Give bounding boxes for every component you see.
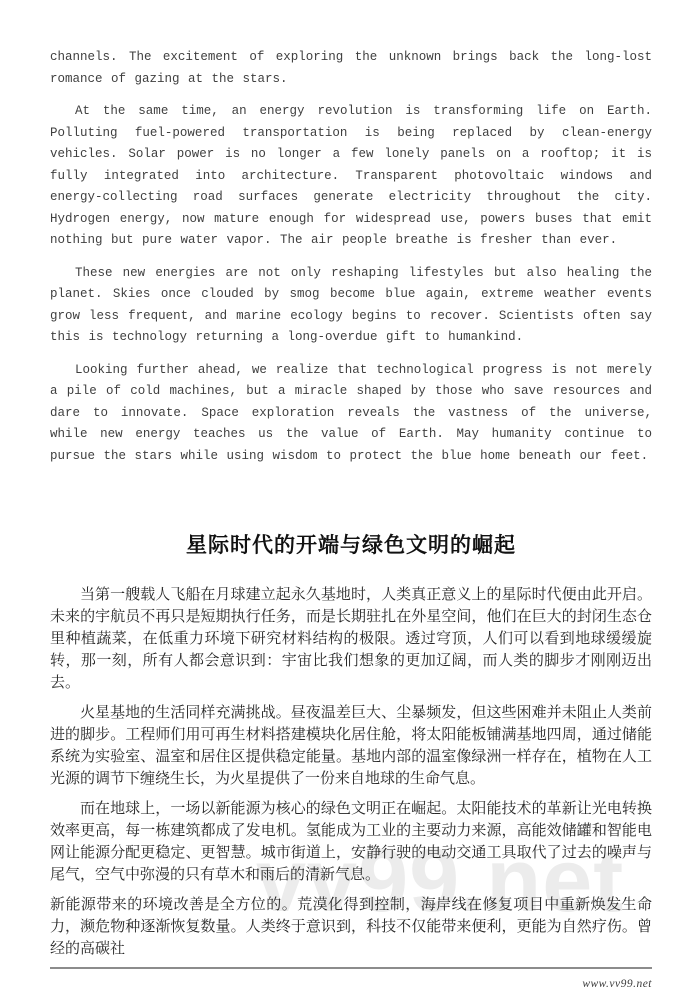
chinese-section: 当第一艘载人飞船在月球建立起永久基地时，人类真正意义上的星际时代便由此开启。未来… (50, 583, 652, 959)
article-title: 星际时代的开端与绿色文明的崛起 (50, 531, 652, 561)
chinese-paragraph: 当第一艘载人飞船在月球建立起永久基地时，人类真正意义上的星际时代便由此开启。未来… (50, 583, 652, 693)
footer-url: www.vv99.net (50, 977, 652, 989)
page-content: channels. The excitement of exploring th… (50, 0, 652, 989)
chinese-paragraph-truncated: 新能源带来的环境改善是全方位的。荒漠化得到控制，海岸线在修复项目中重新焕发生命力… (50, 893, 652, 959)
english-paragraph-continuation: channels. The excitement of exploring th… (50, 47, 652, 90)
english-section: channels. The excitement of exploring th… (50, 47, 652, 467)
chinese-paragraph: 而在地球上，一场以新能源为核心的绿色文明正在崛起。太阳能技术的革新让光电转换效率… (50, 797, 652, 885)
english-paragraph: Looking further ahead, we realize that t… (50, 360, 652, 468)
document-page: vv99.net channels. The excitement of exp… (0, 0, 700, 989)
english-paragraph: These new energies are not only reshapin… (50, 263, 652, 349)
footer-divider (50, 967, 652, 969)
chinese-paragraph: 火星基地的生活同样充满挑战。昼夜温差巨大、尘暴频发，但这些困难并未阻止人类前进的… (50, 701, 652, 789)
english-paragraph: At the same time, an energy revolution i… (50, 101, 652, 252)
